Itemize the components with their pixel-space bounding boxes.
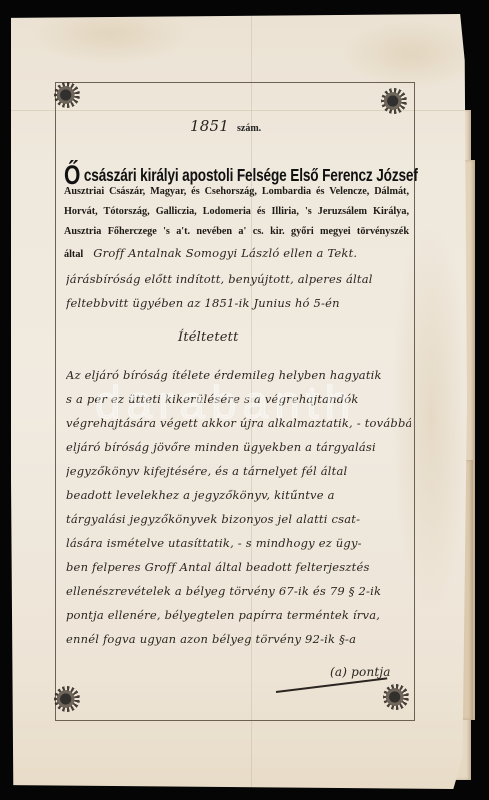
handwritten-line: ben felperes Groff Antal által beadott f…	[66, 560, 411, 574]
altal-label: által	[64, 249, 83, 260]
water-stain	[341, 19, 481, 89]
handwritten-line: pontja ellenére, bélyegtelen papírra ter…	[66, 608, 411, 622]
title-text: császári királyi apostoli Felsége Első F…	[84, 165, 418, 185]
number-value: 1851	[190, 117, 229, 135]
verdict-heading: Ítéltetett	[178, 330, 239, 345]
handwritten-line: Groff Antalnak Somogyi László ellen a Te…	[93, 246, 357, 260]
handwritten-line: beadott levelekhez a jegyzőkönyv, kitűnt…	[66, 488, 411, 502]
ornament-corner-icon	[54, 686, 82, 714]
document-number: 1851 szám.	[190, 117, 390, 137]
handwritten-line: tárgyalási jegyzőkönyvek bizonyos jel al…	[66, 512, 411, 526]
printed-line: Horvát, Tótország, Galliczia, Lodomeria …	[64, 206, 409, 217]
altal-line: által Groff Antalnak Somogyi László elle…	[64, 246, 409, 260]
handwritten-line: járásbíróság előtt indított, benyújtott,…	[66, 272, 411, 286]
handwritten-line: lására ismételve utasíttatik, - s mindho…	[66, 536, 411, 550]
printed-line: Ausztriai Császár, Magyar, és Csehország…	[64, 186, 409, 197]
handwritten-line: eljáró bíróság jövőre minden ügyekben a …	[66, 440, 411, 454]
ornament-corner-icon	[383, 684, 411, 712]
number-label: szám.	[237, 123, 261, 134]
water-stain	[31, 4, 191, 64]
ornament-corner-icon	[54, 82, 82, 110]
printed-line: Ausztria Főherczege 's a't. nevében a' c…	[64, 226, 409, 237]
handwritten-line: ellenészrevételek a bélyeg törvény 67-ik…	[66, 584, 411, 598]
closing-reference: (a) pontja	[330, 665, 391, 679]
handwritten-line: jegyzőkönyv kifejtésére, és a tárnelyet …	[66, 464, 411, 478]
ornament-corner-icon	[381, 88, 409, 116]
handwritten-line: feltebbvitt ügyében az 1851-ik Junius hó…	[66, 296, 411, 310]
handwritten-line: ennél fogva ugyan azon bélyeg törvény 92…	[66, 632, 411, 646]
watermark: darabanth	[95, 375, 356, 429]
